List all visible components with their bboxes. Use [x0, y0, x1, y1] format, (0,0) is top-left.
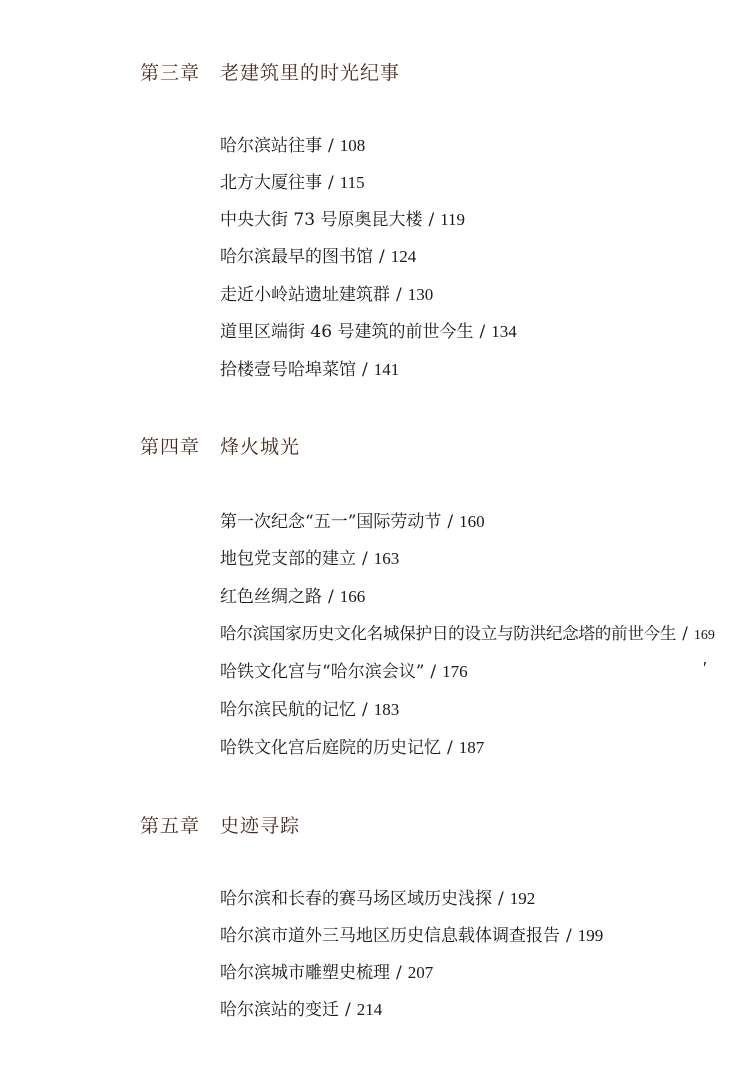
toc-entry[interactable]: 第一次纪念“五一”国际劳动节/160 [220, 507, 485, 532]
page-number: 207 [408, 963, 434, 982]
page-number: 119 [440, 210, 465, 229]
page-number: 199 [578, 926, 604, 945]
page-number: 141 [374, 360, 400, 379]
toc-entry[interactable]: 哈尔滨和长春的赛马场区域历史浅探/192 [220, 884, 535, 909]
page-number: 176 [442, 662, 468, 681]
toc-entry[interactable]: 哈铁文化宫后庭院的历史记忆/187 [220, 733, 484, 758]
toc-entry[interactable]: 拾楼壹号哈埠菜馆/141 [220, 355, 399, 380]
page-number: 134 [491, 322, 517, 341]
toc-entry[interactable]: 哈尔滨市道外三马地区历史信息载体调查报告/199 [220, 921, 603, 946]
chapter-number: 第五章 [140, 811, 220, 838]
toc-entry[interactable]: 哈尔滨最早的图书馆/124 [220, 242, 416, 267]
page-number: 115 [340, 173, 365, 192]
toc-entry[interactable]: 哈尔滨国家历史文化名城保护日的设立与防洪纪念塔的前世今生/169 [220, 620, 715, 644]
chapter-title: 烽火城光 [220, 436, 300, 458]
page-number: 130 [408, 285, 434, 304]
page-number: 192 [510, 889, 536, 908]
page-number: 160 [459, 512, 485, 531]
toc-entry[interactable]: 中央大街 73 号原奥昆大楼/119 [220, 205, 465, 230]
toc-entry[interactable]: 哈铁文化宫与“哈尔滨会议”/176 [220, 657, 468, 682]
toc-entry[interactable]: 北方大厦往事/115 [220, 168, 365, 193]
chapter-heading: 第四章烽火城光 [140, 432, 300, 459]
chapter-number: 第三章 [140, 58, 220, 85]
toc-entry[interactable]: 红色丝绸之路/166 [220, 582, 365, 607]
page-number: 214 [357, 1000, 383, 1019]
page-number: 169 [694, 628, 715, 643]
page-number: 187 [459, 738, 485, 757]
toc-entry[interactable]: 哈尔滨站的变迁/214 [220, 995, 382, 1020]
toc-entry[interactable]: 道里区端街 46 号建筑的前世今生/134 [220, 317, 517, 342]
toc-entry[interactable]: 哈尔滨城市雕塑史梳理/207 [220, 958, 433, 983]
chapter-heading: 第三章老建筑里的时光纪事 [140, 58, 400, 85]
chapter-title: 史迹寻踪 [220, 815, 300, 837]
toc-entry[interactable]: 哈尔滨站往事/108 [220, 131, 365, 156]
page-number: 163 [374, 549, 400, 568]
page-number: 166 [340, 587, 366, 606]
stray-mark: ′ [703, 658, 707, 679]
toc-entry[interactable]: 走近小岭站遗址建筑群/130 [220, 280, 433, 305]
page-number: 124 [391, 247, 417, 266]
toc-entry[interactable]: 哈尔滨民航的记忆/183 [220, 695, 399, 720]
page-number: 183 [374, 700, 400, 719]
chapter-heading: 第五章史迹寻踪 [140, 811, 300, 838]
toc-entry[interactable]: 地包党支部的建立/163 [220, 544, 399, 569]
page-number: 108 [340, 136, 366, 155]
chapter-number: 第四章 [140, 432, 220, 459]
chapter-title: 老建筑里的时光纪事 [220, 62, 400, 84]
